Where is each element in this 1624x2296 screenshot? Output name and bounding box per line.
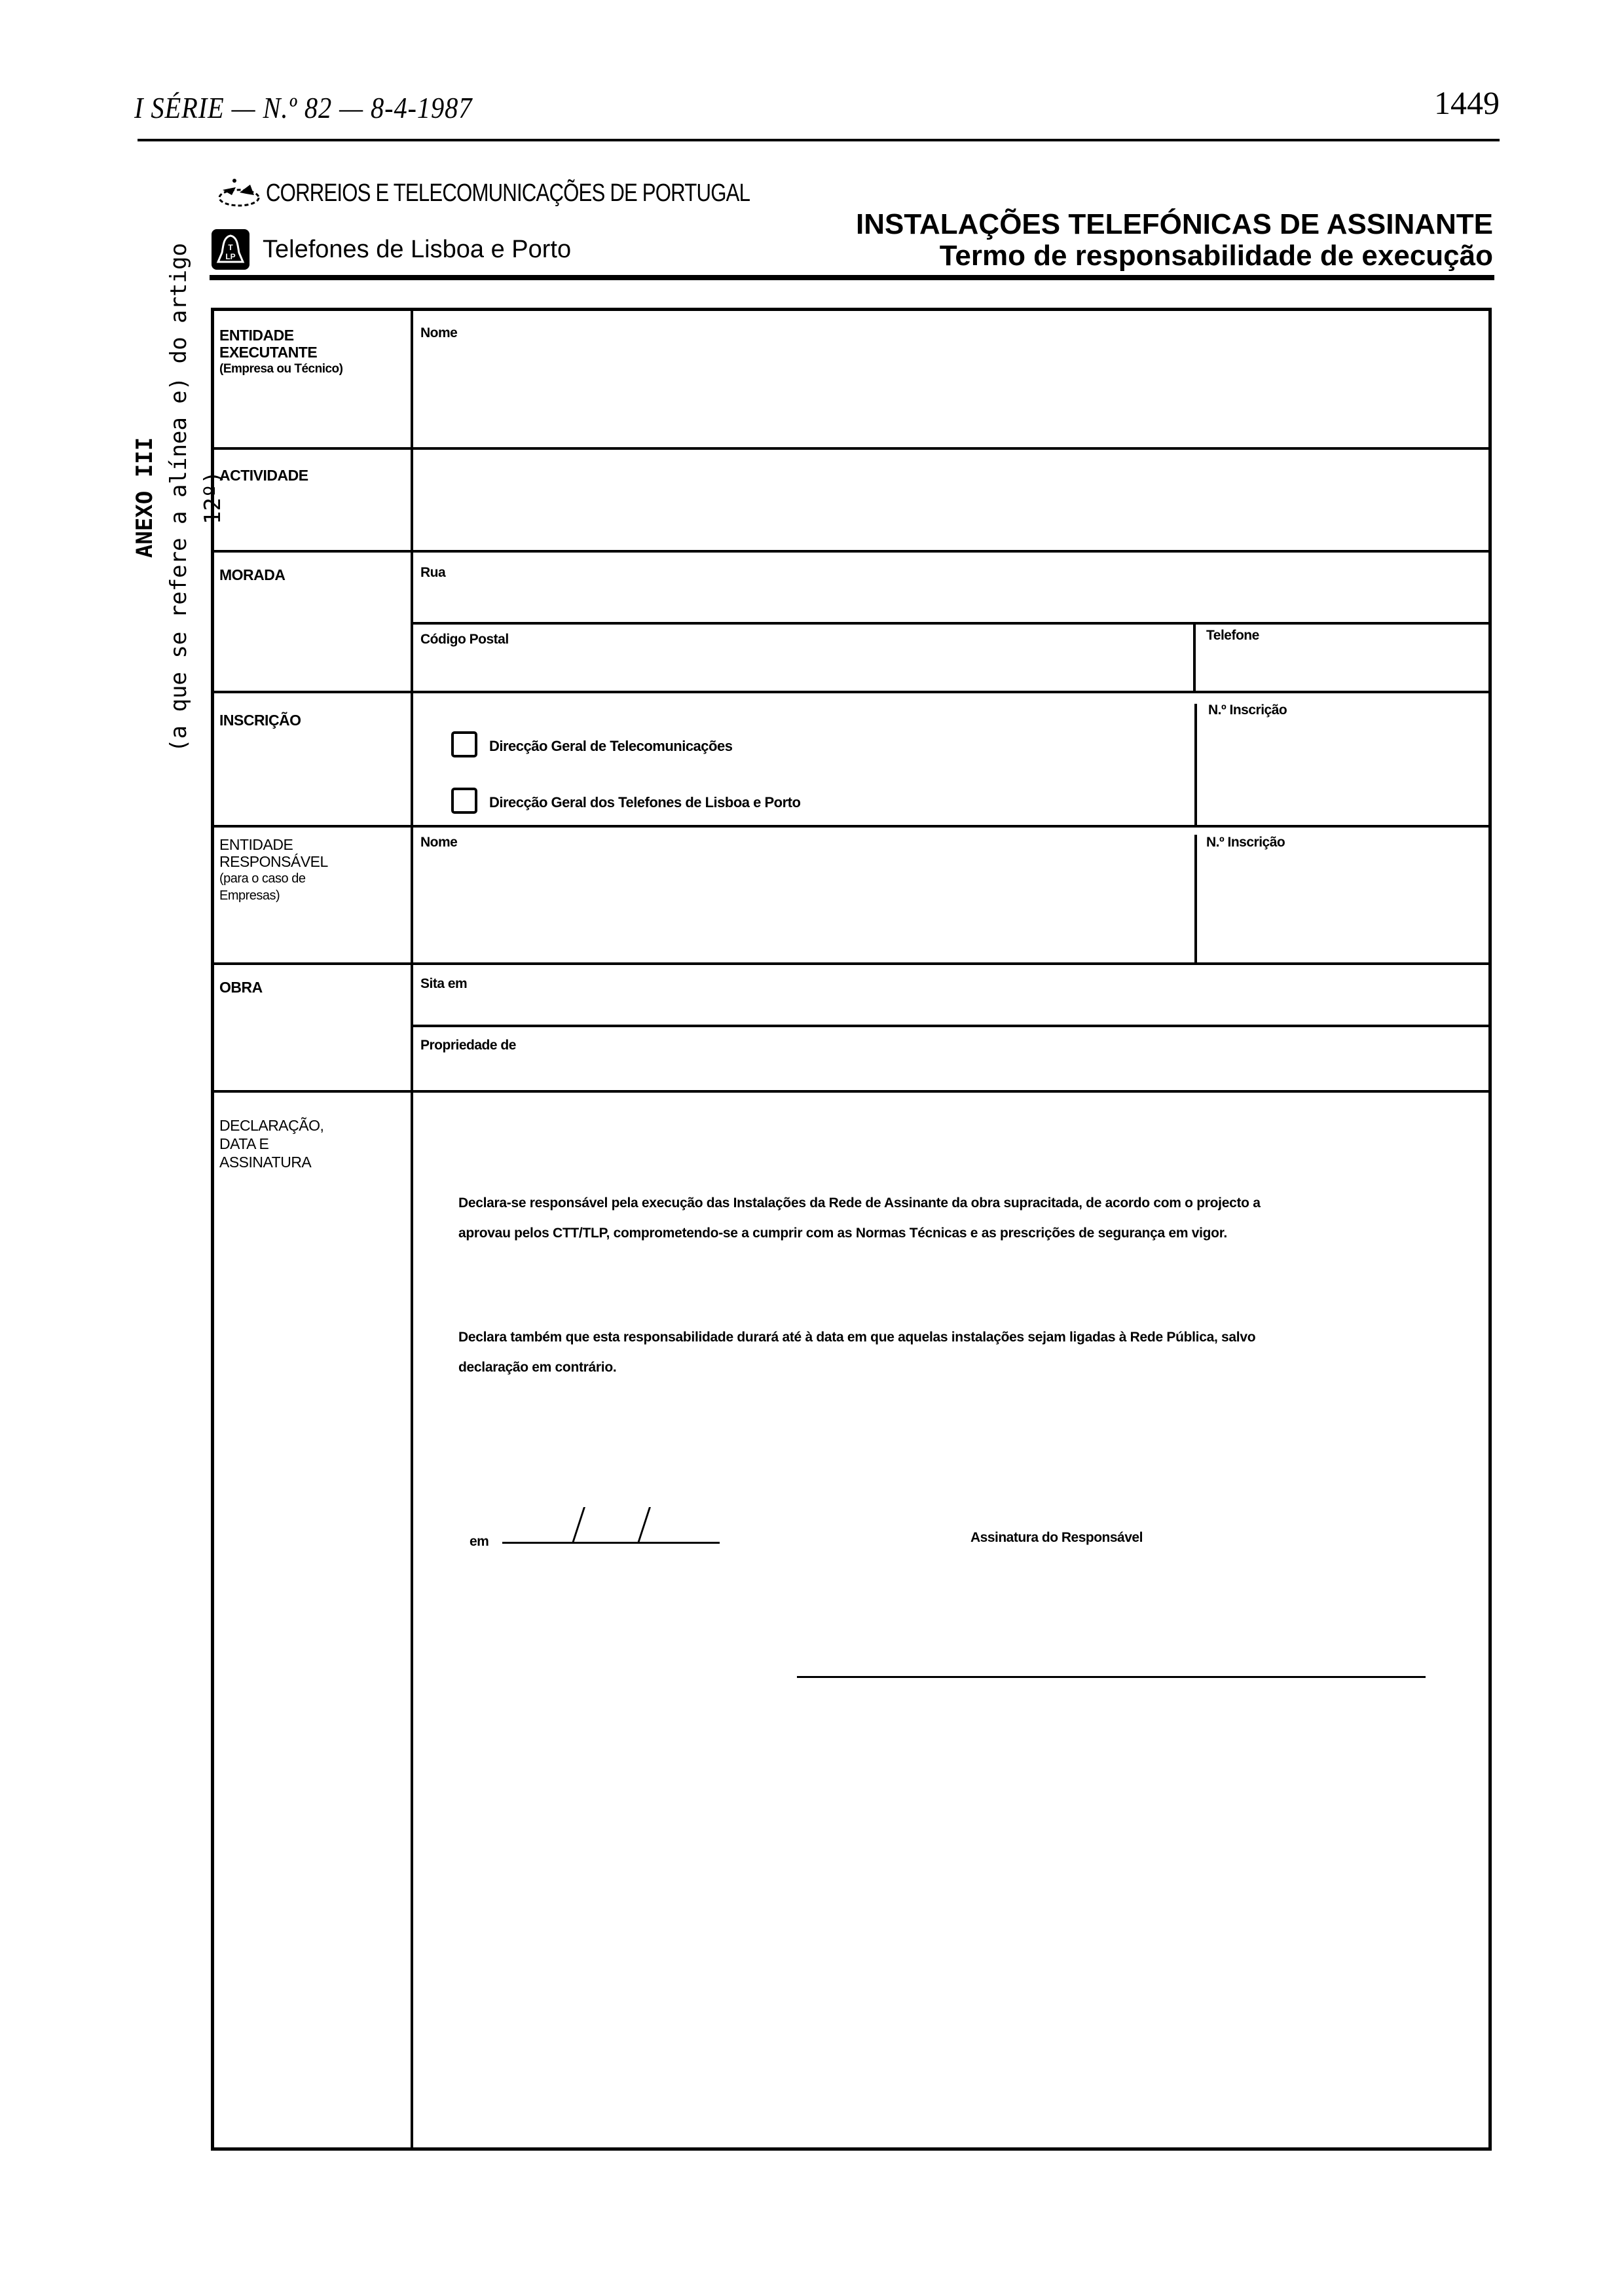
form-title: INSTALAÇÕES TELEFÓNICAS DE ASSINANTE <box>856 208 1493 241</box>
responsavel-nome-label: Nome <box>420 835 457 850</box>
checkbox-dgt[interactable] <box>451 731 477 757</box>
row-divider <box>411 622 1491 625</box>
inscricao-numero-label: N.º Inscrição <box>1208 702 1287 718</box>
obra-label: OBRA <box>219 979 263 996</box>
cell-divider <box>1194 835 1197 962</box>
executante-nome-field[interactable] <box>417 344 1485 442</box>
cell-divider <box>1193 622 1196 691</box>
label-line: RESPONSÁVEL <box>219 853 328 870</box>
rua-label: Rua <box>420 565 445 581</box>
entidade-responsavel-label: ENTIDADE RESPONSÁVEL (para o caso de Emp… <box>219 836 328 904</box>
label-line: EXECUTANTE <box>219 344 343 361</box>
row-divider <box>411 1025 1491 1027</box>
rua-field[interactable] <box>417 583 1485 619</box>
date-prefix: em <box>470 1534 489 1550</box>
row-divider <box>214 447 1491 450</box>
title-divider <box>210 275 1494 280</box>
paragraph-line: Declara-se responsável pela execução das… <box>458 1188 1428 1218</box>
label-line: DECLARAÇÃO, <box>219 1116 323 1135</box>
signature-label: Assinatura do Responsável <box>970 1530 1143 1546</box>
actividade-field[interactable] <box>417 455 1485 547</box>
row-divider <box>214 1090 1491 1093</box>
label-line: DATA E <box>219 1135 323 1153</box>
svg-text:LP: LP <box>225 252 235 261</box>
ctt-name: CORREIOS E TELECOMUNICAÇÕES DE PORTUGAL <box>266 179 750 208</box>
inscricao-numero-field[interactable] <box>1202 721 1483 819</box>
header-divider <box>138 139 1500 141</box>
annex-title: ANEXO III <box>128 210 162 786</box>
responsibility-form: ENTIDADE EXECUTANTE (Empresa ou Técnico)… <box>211 308 1492 2151</box>
date-separator <box>572 1507 585 1543</box>
declaracao-label: DECLARAÇÃO, DATA E ASSINATURA <box>219 1116 323 1171</box>
cell-divider <box>1194 704 1197 825</box>
sita-em-label: Sita em <box>420 976 467 992</box>
form-subtitle: Termo de responsabilidade de execução <box>940 240 1493 272</box>
page-number: 1449 <box>1434 84 1500 122</box>
row-divider <box>214 550 1491 553</box>
propriedade-de-field[interactable] <box>417 1056 1485 1087</box>
paragraph-line: aprovau pelos CTT/TLP, comprometendo-se … <box>458 1218 1428 1248</box>
label-line: (para o caso de <box>219 870 328 887</box>
signature-line <box>797 1676 1426 1678</box>
responsavel-inscricao-label: N.º Inscrição <box>1206 835 1285 850</box>
morada-label: MORADA <box>219 566 286 583</box>
tlp-bell-logo-icon: T LP <box>212 229 249 270</box>
row-divider <box>214 825 1491 828</box>
label-line: ENTIDADE <box>219 327 343 344</box>
date-field[interactable] <box>502 1512 720 1545</box>
svg-text:T: T <box>228 243 233 252</box>
declaration-paragraph-1: Declara-se responsável pela execução das… <box>458 1188 1428 1248</box>
checkbox-dgtlp-label: Direcção Geral dos Telefones de Lisboa e… <box>489 794 800 811</box>
date-separator <box>637 1507 651 1543</box>
inscricao-label: INSCRIÇÃO <box>219 712 301 729</box>
label-line: ASSINATURA <box>219 1153 323 1171</box>
telefone-field[interactable] <box>1200 645 1485 685</box>
responsavel-nome-field[interactable] <box>417 853 1190 957</box>
label-line: ENTIDADE <box>219 836 328 853</box>
checkbox-dgt-label: Direcção Geral de Telecomunicações <box>489 738 732 755</box>
actividade-label: ACTIVIDADE <box>219 467 308 484</box>
executante-nome-label: Nome <box>420 325 457 341</box>
codigo-postal-field[interactable] <box>417 650 1190 686</box>
tlp-name: Telefones de Lisboa e Porto <box>263 236 571 264</box>
paragraph-line: declaração em contrário. <box>458 1353 1428 1383</box>
paragraph-line: Declara também que esta responsabilidade… <box>458 1322 1428 1353</box>
label-column-divider <box>411 311 413 2151</box>
row-divider <box>214 962 1491 965</box>
row-divider <box>214 691 1491 693</box>
declaration-paragraph-2: Declara também que esta responsabilidade… <box>458 1322 1428 1383</box>
propriedade-de-label: Propriedade de <box>420 1038 516 1053</box>
label-line: Empresas) <box>219 887 328 904</box>
tlp-issuer: T LP Telefones de Lisboa e Porto <box>212 229 571 270</box>
label-line: (Empresa ou Técnico) <box>219 361 343 378</box>
date-underline <box>502 1542 720 1544</box>
gazette-series-header: I SÉRIE — N.º 82 — 8-4-1987 <box>134 90 472 125</box>
ctt-issuer: CORREIOS E TELECOMUNICAÇÕES DE PORTUGAL <box>216 175 856 211</box>
signature-field[interactable] <box>797 1640 1426 1679</box>
codigo-postal-label: Código Postal <box>420 632 509 647</box>
entidade-executante-label: ENTIDADE EXECUTANTE (Empresa ou Técnico) <box>219 327 343 378</box>
checkbox-dgtlp[interactable] <box>451 788 477 814</box>
telefone-label: Telefone <box>1206 628 1259 644</box>
responsavel-inscricao-field[interactable] <box>1202 853 1483 957</box>
ctt-bird-logo-icon <box>216 175 262 211</box>
sita-em-field[interactable] <box>417 994 1485 1024</box>
